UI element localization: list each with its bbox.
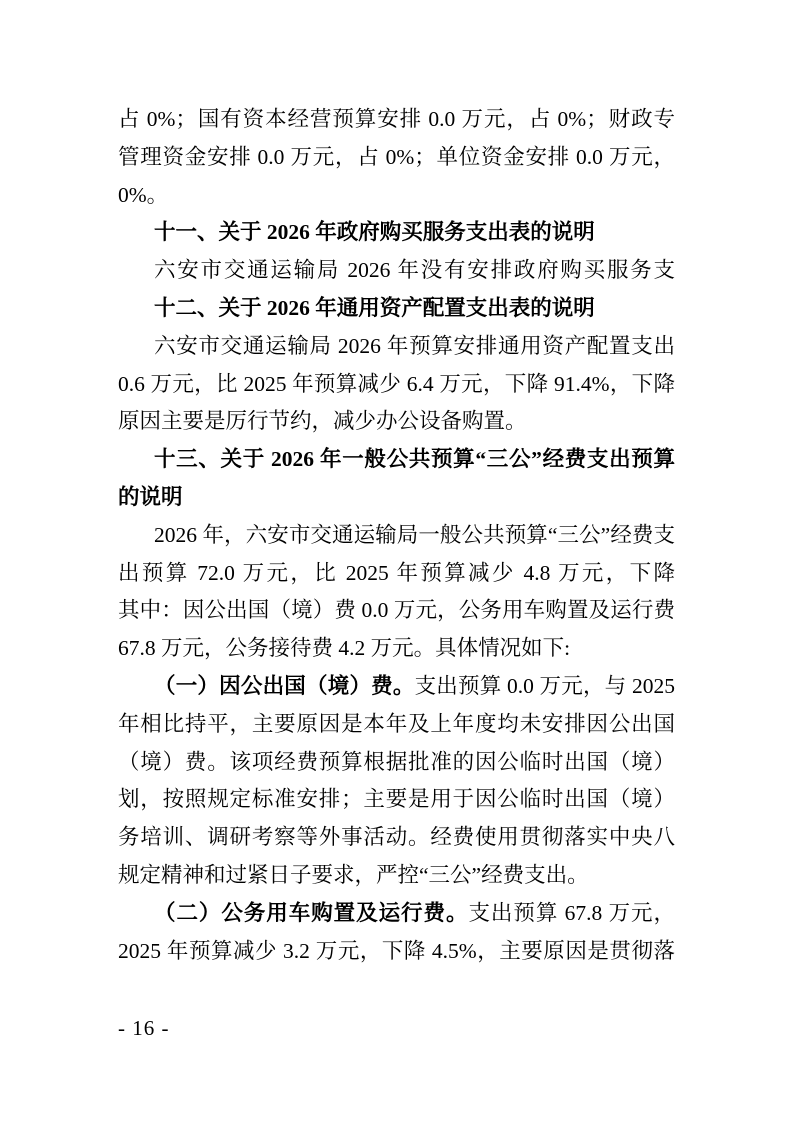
- text-line: 0%。: [118, 177, 675, 215]
- text-line: 划，按照规定标准安排；主要是用于因公临时出国（境）业: [118, 781, 675, 819]
- text-line: 务培训、调研考察等外事活动。经费使用贯彻落实中央八项: [118, 819, 675, 857]
- heading-line: 十二、关于 2026 年通用资产配置支出表的说明: [118, 290, 675, 328]
- text-line: （境）费。该项经费预算根据批准的因公临时出国（境）计: [118, 744, 675, 782]
- text-line: 六安市交通运输局 2026 年没有安排政府购买服务支出。: [118, 252, 675, 290]
- text-line: 2026 年，六安市交通运输局一般公共预算“三公”经费支: [118, 517, 675, 555]
- text-line: （一）因公出国（境）费。支出预算 0.0 万元，与 2025: [118, 668, 675, 706]
- heading-line: 的说明: [118, 479, 675, 517]
- text-line: 2025 年预算减少 3.2 万元，下降 4.5%，主要原因是贯彻落实: [118, 933, 675, 971]
- text-line: 占 0%；国有资本经营预算安排 0.0 万元，占 0%；财政专户: [118, 101, 675, 139]
- text-line: 六安市交通运输局 2026 年预算安排通用资产配置支出: [118, 328, 675, 366]
- text-line: 年相比持平，主要原因是本年及上年度均未安排因公出国: [118, 706, 675, 744]
- text-line: 67.8 万元，公务接待费 4.2 万元。具体情况如下:: [118, 630, 675, 668]
- text-line: 0.6 万元，比 2025 年预算减少 6.4 万元，下降 91.4%，下降: [118, 366, 675, 404]
- document-body: 占 0%；国有资本经营预算安排 0.0 万元，占 0%；财政专户管理资金安排 0…: [118, 101, 675, 970]
- text-line: 其中：因公出国（境）费 0.0 万元，公务用车购置及运行费: [118, 592, 675, 630]
- text-line: 原因主要是厉行节约，减少办公设备购置。: [118, 403, 675, 441]
- text-line: （二）公务用车购置及运行费。支出预算 67.8 万元，较: [118, 895, 675, 933]
- text-line: 规定精神和过紧日子要求，严控“三公”经费支出。: [118, 857, 675, 895]
- bold-run: （二）公务用车购置及运行费。: [154, 901, 468, 925]
- document-page: 占 0%；国有资本经营预算安排 0.0 万元，占 0%；财政专户管理资金安排 0…: [0, 0, 793, 1122]
- text-line: 管理资金安排 0.0 万元，占 0%；单位资金安排 0.0 万元，占: [118, 139, 675, 177]
- text-line: 出预算 72.0 万元，比 2025 年预算减少 4.8 万元，下降 6.3%。: [118, 555, 675, 593]
- bold-run: （一）因公出国（境）费。: [154, 674, 415, 698]
- page-number: - 16 -: [118, 1010, 170, 1048]
- heading-line: 十一、关于 2026 年政府购买服务支出表的说明: [118, 214, 675, 252]
- heading-line: 十三、关于 2026 年一般公共预算“三公”经费支出预算表: [118, 441, 675, 479]
